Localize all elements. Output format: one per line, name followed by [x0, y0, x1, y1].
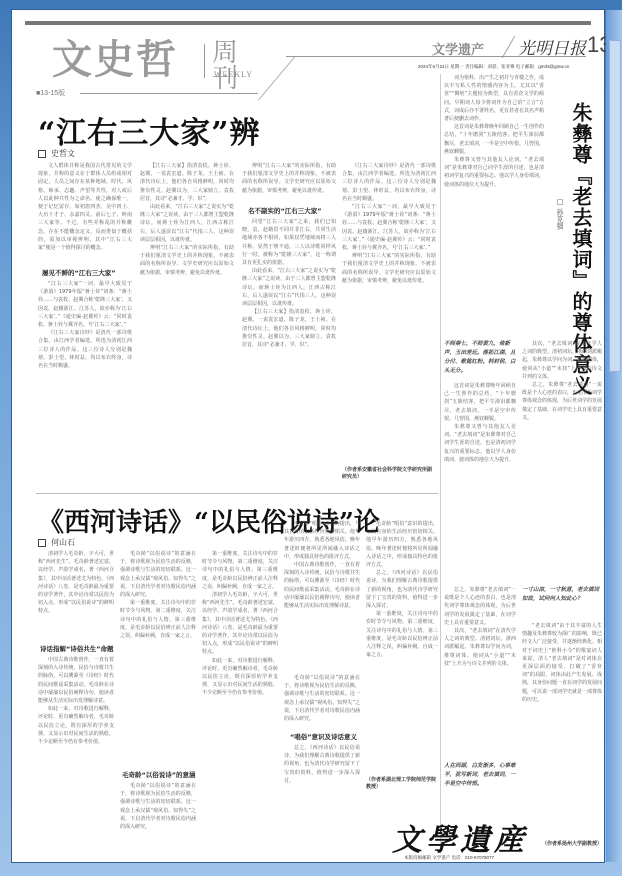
byline-box-icon: [38, 539, 46, 547]
article1-col3-top: 辨明“江右三大家”的实际所指，有助于我们厘清文学史上的并称现象，不被表面的名称所…: [242, 162, 336, 202]
article2-author: 何山石: [51, 538, 75, 547]
article1-subhead-1: 屡见不鲜的“江右三大家”: [42, 268, 116, 277]
article1-col4: 《江右三大家诗钞》是清代一部诗歌合集，由江西学者编选，所选为清初江西三位诗人的作…: [342, 162, 436, 462]
article2-subhead-1: 诗话指解“诗俗共生”命题: [40, 644, 114, 653]
paragraph: 毛奇龄“以俗说诗”的意涵在于，将诗歌视为民俗生活的反映，强调诗歌与生活的密切联系…: [120, 550, 196, 599]
article3-col3: 其次，“老去填词”在清代学人之词的典型。清初词坛，浙西词派崛起，朱彝尊以学问为词…: [522, 340, 602, 580]
masthead-weekly-en: WEEKLY: [214, 70, 253, 79]
article2-subhead-3: “唱俗”意识及诗话意义: [290, 732, 357, 741]
paragraph: 如此一来，对诗歌进行解释，评论时，更有确然解诗者，毛奇龄以民俗立论，既有深厚的学…: [202, 657, 278, 698]
article2-col2: 毛奇龄“以俗说诗”的意涵在于，将诗歌视为民俗生活的反映，强调诗歌与生活的密切联系…: [120, 550, 196, 760]
paragraph: 这首词是朱彝尊晚年回顾自己一生创作的总结，“十年磨剑”五陵结客，把平生涕泪都飘尽…: [444, 123, 544, 156]
edition-range: ■13-15版: [36, 88, 65, 98]
window-scrollbar[interactable]: [606, 10, 622, 862]
article2-col3: 第一重维度，关注诗句中的岁时节令与风物。第二重维度，关注诗句中的礼俗与人情。第三…: [202, 550, 278, 842]
paragraph: 总之，《西河诗话》以民俗说诗，为我们理解古典诗歌提供了新的视角，也为清代诗学研究…: [284, 744, 360, 785]
section-slash: [502, 36, 516, 58]
article3-col4: 总之，朱彝尊“老去填词”一说既是个人心迹的表白，也是清代词学尊体观念的体现，为后…: [444, 586, 516, 758]
article3-col5: “老去填词”由于其丰富的人生情趣及朱彝尊较为深广的影响，既已经文人广泛接受，并逐…: [522, 622, 602, 834]
paragraph: 其次，“老去填词”在清代学人之词的典型。清初词坛，浙西词派崛起，朱彝尊以学问为词…: [444, 627, 516, 668]
paragraph: 毛奇龄“以俗说诗”的意涵在于，将诗歌视为民俗生活的反映，强调诗歌与生活的密切联系…: [284, 674, 360, 723]
article2-col4c: 总之，《西河诗话》以民俗说诗，为我们理解古典诗歌提供了新的视角，也为清代诗学研究…: [284, 744, 360, 794]
paragraph: 毛奇龄“唱俗”意识的提出，与其自身的生活经历密切相关。他早年游历四方，熟悉各地风…: [284, 520, 360, 561]
paragraph: 【江右三大家】指清袁枚、蒋士铨、赵翼。一说袁宏道、陈子龙、王士祯。在清代诗坛上，…: [242, 308, 336, 349]
paragraph: 朱彝尊又曾与其他友人论词。“老去填词”是朱彝尊对自己词学生涯的自述，也是清初词学…: [444, 423, 516, 464]
paragraph: 辨明“江右三大家”的实际所指，有助于我们厘清文学史上的并称现象，不被表面的名称所…: [140, 244, 234, 277]
edition-rule: [80, 93, 258, 94]
article3-byline: □ 孙克强: [555, 198, 565, 229]
masthead-weekly-cn: 周刊: [212, 40, 238, 92]
paragraph: 辨明“江右三大家”的实际所指，有助于我们厘清文学史上的并称现象，不被表面的名称所…: [342, 252, 436, 285]
article2-subhead-2: 毛奇龄“以俗说诗”的意涵: [122, 770, 196, 779]
article3-col1: 词为艳科，出产生之初并与青楼之作，成以丰写私人性的情感内容为主。尤其以“香奁”“…: [444, 74, 544, 344]
masthead-divider: [204, 44, 205, 78]
paragraph: 朱彝尊又曾与其他友人论词。“老去填词”是朱彝尊对自己词学生涯的自述，也是清初词学…: [444, 156, 544, 189]
article3-quote-1: 不师秦七，不师黄九，倚新声，玉田差近。落拓江湖，且分付、歌筵红粉。料封侯、白头无…: [444, 340, 516, 376]
article3-author: 孙克强: [556, 208, 564, 229]
paragraph: “老去填词”由于其丰富的人生情趣及朱彝尊较为深广的影响，既已经文人广泛接受，并逐…: [522, 622, 602, 704]
paragraph: 《江右三大家诗钞》是清代一部诗歌合集，由江西学者编选，所选为清初江西三位诗人的作…: [38, 329, 132, 370]
article-divider: [36, 493, 438, 494]
article3-quote-2: 人在西湖，白发渐多，心事难平，犹写新词，老去填词，一半是空中传恨。: [444, 762, 516, 789]
paragraph: 总之，《西河诗话》以民俗说诗，为我们理解古典诗歌提供了新的视角，也为清代诗学研究…: [366, 569, 438, 610]
article2-byline: 何山石: [38, 537, 75, 548]
paragraph: “江右三大家”一词，最早大致见于《游滇》1979年版“蒋士铨”词条：“蒋士铨………: [342, 203, 436, 252]
article1-subhead-2: 名不副实的“江右三大家”: [248, 206, 322, 215]
article2-col4b: 毛奇龄“以俗说诗”的意涵在于，将诗歌视为民俗生活的反映，强调诗歌与生活的密切联系…: [284, 674, 360, 728]
byline-box-icon: □: [556, 198, 564, 208]
paragraph: 清初学人毛奇龄，字大可，世称“西河先生”。毛奇龄著述宏富，以经学、声韵学成名，著…: [38, 550, 114, 616]
paragraph: 词为艳科，出产生之初并与青楼之作，成以丰写私人性的情感内容为主。尤其以“香奁”“…: [444, 74, 544, 123]
article2-col2b: 毛奇龄“以俗说诗”的意涵在于，将诗歌视为民俗生活的反映，强调诗歌与生活的密切联系…: [120, 782, 196, 842]
article3-col2: 这首词是朱彝尊晚年回顾自己一生创作的总结，“十年磨剑”五陵结客，把平生涕泪都飘尽…: [444, 382, 516, 582]
paragraph: 总之，朱彝尊“老去填词”一说既是个人心迹的表白，也是清代词学尊体观念的体现，为后…: [522, 381, 602, 422]
article1-col1b: “江右三大家”一词，最早大致见于《游滇》1979年版“蒋士铨”词条：“蒋士铨………: [38, 280, 132, 490]
paragraph: 第一重维度，关注诗句中的岁时节令与风物。第二重维度，关注诗句中的礼俗与人情。第三…: [366, 610, 438, 659]
paragraph: 毛奇龄“唱俗”意识的提出，与其自身的生活经历密切相关。他早年游历四方，熟悉各地风…: [366, 520, 438, 569]
article2-col1: 清初学人毛奇龄，字大可，世称“西河先生”。毛奇龄著述宏富，以经学、声韵学成名，著…: [38, 550, 114, 640]
paragraph: 其次，“老去填词”在清代学人之词的典型。清初词坛，浙西词派崛起，朱彝尊以学问为词…: [522, 340, 602, 381]
paper-logo: 光明日报: [518, 34, 586, 59]
paragraph: 第一重维度，关注诗句中的岁时节令与风物。第二重维度，关注诗句中的礼俗与人情。第三…: [202, 550, 278, 591]
masthead-title: 文史哲: [52, 40, 178, 80]
article2-author-note: （作者系湖北理工学院师范学院教授）: [366, 776, 438, 790]
footer-info: 本版投稿邮箱 文学遗产 电话：010-67078077: [404, 855, 494, 861]
article2-col1b: 中国古典诗歌创作，一直有着深刻的入诗传统，民俗与诗歌共生的脉络，可以溯源至《诗经…: [38, 656, 114, 846]
paragraph: 中国古典诗歌创作，一直有着深刻的入诗传统，民俗与诗歌共生的脉络，可以溯源至《诗经…: [284, 561, 360, 610]
scrollbar-thumb[interactable]: [609, 40, 621, 372]
article1-author: 史哲文: [51, 149, 75, 158]
paragraph: 清初学人毛奇龄，字大可，世称“西河先生”。毛奇龄著述宏富，以经学、声韵学成名，著…: [202, 591, 278, 657]
paragraph: 如此一来，对诗歌进行解释，评论时，更有确然解诗者，毛奇龄以民俗立论，既有深厚的学…: [38, 705, 114, 746]
masthead-slant-rule: [258, 56, 296, 100]
top-rule: [25, 21, 591, 25]
article3-author-note: （作者系扬州大学副教授）: [522, 840, 602, 847]
article1-col2: 【江右三大家】指清袁枚、蒋士铨、赵翼。一说袁宏道、陈子龙、王士祯。在清代诗坛上，…: [140, 162, 234, 487]
article2-col5: 毛奇龄“唱俗”意识的提出，与其自身的生活经历密切相关。他早年游历四方，熟悉各地风…: [366, 520, 438, 770]
paragraph: 第一重维度，关注诗句中的岁时节令与风物。第二重维度，关注诗句中的礼俗与人情。第三…: [120, 599, 196, 640]
masthead: 文史哲 周刊 WEEKLY: [52, 40, 178, 80]
section-name: 文学遗产: [432, 39, 484, 58]
paragraph: 文人群体并称是我国古代常见的文学现象，并称的意义在于群体人员组成相对固定，人员之…: [38, 162, 132, 252]
article2-col4: 毛奇龄“唱俗”意识的提出，与其自身的生活经历密切相关。他早年游历四方，熟悉各地风…: [284, 520, 360, 670]
paragraph: 中国古典诗歌创作，一直有着深刻的入诗传统，民俗与诗歌共生的脉络，可以溯源至《诗经…: [38, 656, 114, 705]
footer-calligraphy-logo: 文學遺産: [392, 815, 528, 859]
paragraph: 总之，朱彝尊“老去填词”一说既是个人心迹的表白，也是清代词学尊体观念的体现，为后…: [444, 586, 516, 627]
byline-box-icon: [38, 150, 46, 158]
dateline: 2024年6月24日 星期一 责任编辑：刘彩、张亚骞 电子邮箱：gmrbl@gm…: [418, 64, 569, 70]
newspaper-page: 文史哲 周刊 WEEKLY ■13-15版 文学遗产 光明日报 13 2024年…: [12, 10, 604, 862]
paragraph: 《江右三大家诗钞》是清代一部诗歌合集，由江西学者编选，所选为清初江西三位诗人的作…: [342, 162, 436, 203]
paragraph: 由此看来，“江右三大家”之说实为“乾隆三大家”之误读，由于三人都曾主盟乾隆诗坛，…: [140, 203, 234, 244]
paragraph: 【江右三大家】指清袁枚、蒋士铨、赵翼。一说袁宏道、陈子龙、王士祯。在清代诗坛上，…: [140, 162, 234, 203]
paragraph: 辨明“江右三大家”的实际所指，有助于我们厘清文学史上的并称现象，不被表面的名称所…: [242, 162, 336, 195]
paragraph: 毛奇龄“以俗说诗”的意涵在于，将诗歌视为民俗生活的反映，强调诗歌与生活的密切联系…: [120, 782, 196, 831]
article3-quote-3: 一寸山凉，一寸秋意，老去填词如故，试问何人知此心？: [522, 586, 602, 604]
paragraph: 这首词是朱彝尊晚年回顾自己一生创作的总结，“十年磨剑”五陵结客，把平生涕泪都飘尽…: [444, 382, 516, 423]
article1-col3: 回望“江右三大家”之来，我们已知晓，袁、赵籍贯不同并非江右，共同生活地域亦各不相…: [242, 218, 336, 488]
article1-title: “江右三大家”辨: [38, 108, 261, 152]
article1-byline: 史哲文: [38, 148, 75, 159]
article1-author-note: （作者系安徽省社会科学院文学研究所副研究员）: [342, 466, 436, 480]
paragraph: 由此看来，“江右三大家”之说实为“乾隆三大家”之误读，由于三人都曾主盟乾隆诗坛，…: [242, 267, 336, 308]
column-divider: [440, 74, 441, 854]
paragraph: “江右三大家”一词，最早大致见于《游滇》1979年版“蒋士铨”词条：“蒋士铨………: [38, 280, 132, 329]
paragraph: 回望“江右三大家”之来，我们已知晓，袁、赵籍贯不同并非江右，共同生活地域亦各不相…: [242, 218, 336, 267]
